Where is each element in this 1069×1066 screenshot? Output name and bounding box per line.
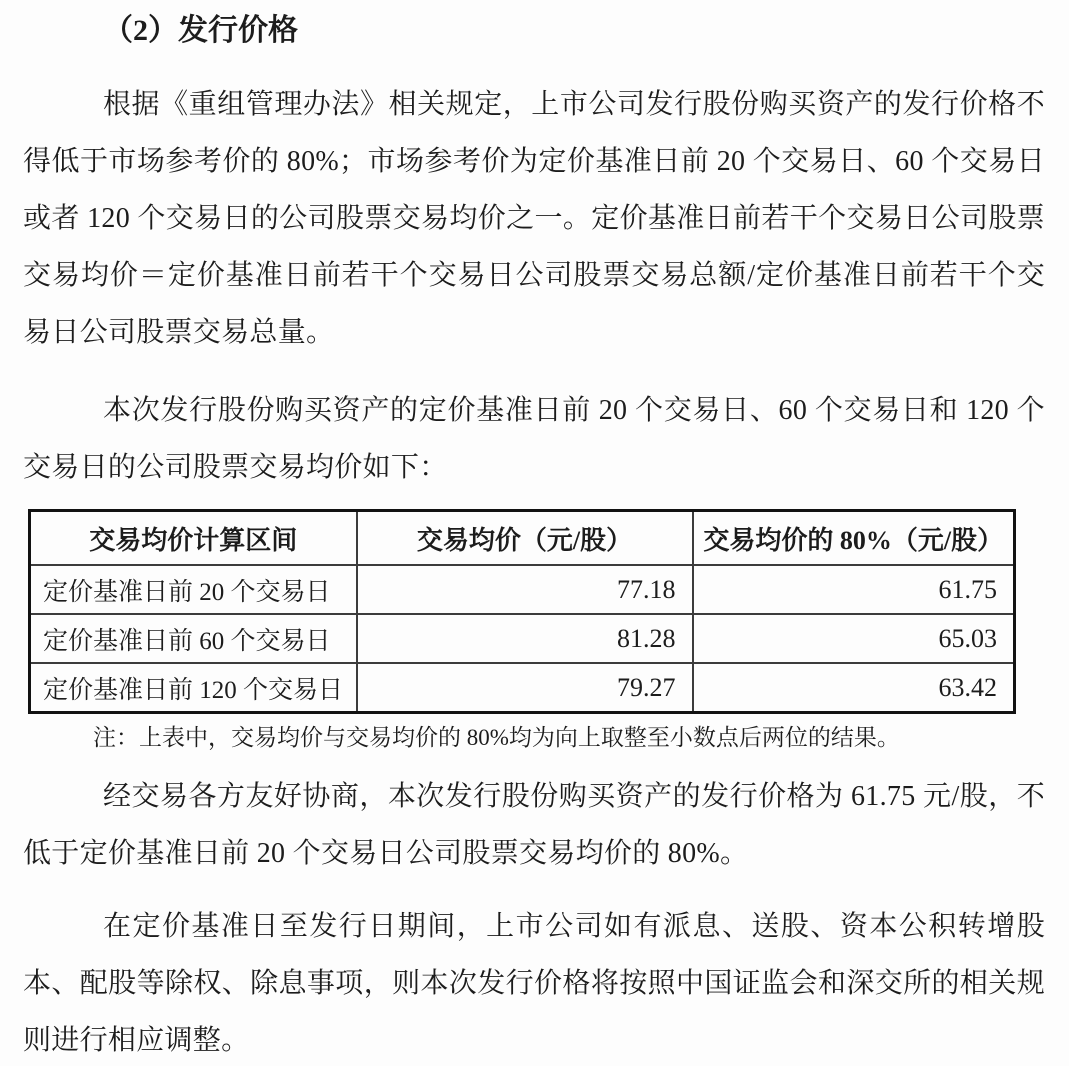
avg-price-80pct-120-days: 63.42 [693,663,1015,713]
row-label-60-days: 定价基准日前 60 个交易日 [30,614,357,663]
avg-price-120-days: 79.27 [357,663,693,713]
paragraph-table-intro: 本次发行股份购买资产的定价基准日前 20 个交易日、60 个交易日和 120 个… [23,382,1045,496]
table-header-row: 交易均价计算区间 交易均价（元/股） 交易均价的 80%（元/股） [30,511,1015,566]
average-price-table: 交易均价计算区间 交易均价（元/股） 交易均价的 80%（元/股） 定价基准日前… [28,509,1016,714]
paragraph-price-adjustment: 在定价基准日至发行日期间，上市公司如有派息、送股、资本公积转增股本、配股等除权、… [23,898,1045,1066]
column-header-80-percent: 交易均价的 80%（元/股） [693,511,1015,566]
avg-price-20-days: 77.18 [357,565,693,614]
table-row: 定价基准日前 20 个交易日 77.18 61.75 [30,565,1015,614]
row-label-20-days: 定价基准日前 20 个交易日 [30,565,357,614]
avg-price-80pct-20-days: 61.75 [693,565,1015,614]
table-row: 定价基准日前 60 个交易日 81.28 65.03 [30,614,1015,663]
column-header-interval: 交易均价计算区间 [30,511,357,566]
document-page: （2）发行价格 根据《重组管理办法》相关规定，上市公司发行股份购买资产的发行价格… [0,0,1069,1066]
row-label-120-days: 定价基准日前 120 个交易日 [30,663,357,713]
section-heading: （2）发行价格 [103,12,1045,50]
avg-price-60-days: 81.28 [357,614,693,663]
paragraph-regulation-basis: 根据《重组管理办法》相关规定，上市公司发行股份购买资产的发行价格不得低于市场参考… [23,76,1045,361]
column-header-average-price: 交易均价（元/股） [357,511,693,566]
table-row: 定价基准日前 120 个交易日 79.27 63.42 [30,663,1015,713]
table-note: 注：上表中，交易均价与交易均价的 80%均为向上取整至小数点后两位的结果。 [93,723,1045,753]
paragraph-price-conclusion: 经交易各方友好协商，本次发行股份购买资产的发行价格为 61.75 元/股，不低于… [23,768,1045,882]
avg-price-80pct-60-days: 65.03 [693,614,1015,663]
